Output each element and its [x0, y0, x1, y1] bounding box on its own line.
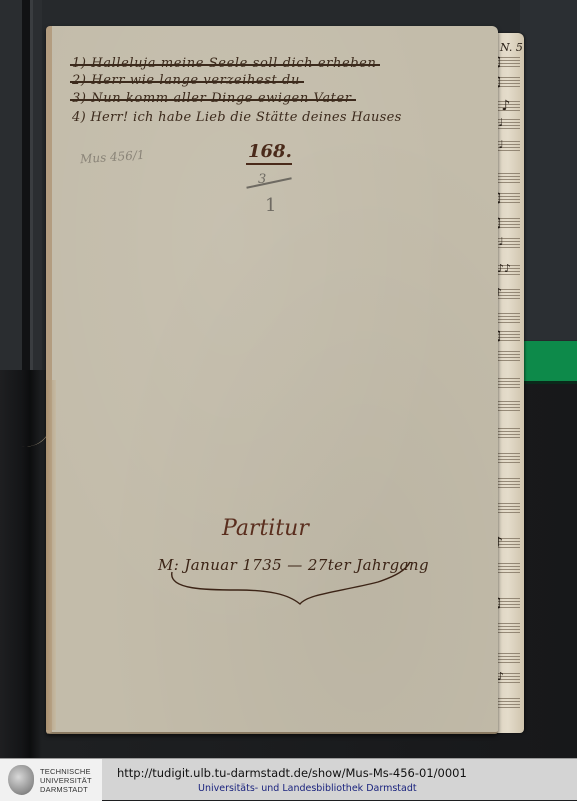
green-tab-shadow	[521, 381, 577, 384]
title-line-3: 3) Nun komm aller Dinge ewigen Vater	[72, 91, 352, 106]
logo-text: TECHNISCHE UNIVERSITÄT DARMSTADT	[40, 767, 92, 794]
title-line-2: 2) Herr wie lange verzeihest du	[72, 73, 300, 88]
title-line-1: 1) Halleluja meine Seele soll dich erheb…	[72, 56, 376, 71]
title-line-4: 4) Herr! ich habe Lieb die Stätte deines…	[72, 110, 402, 125]
green-bookmark-tab	[521, 341, 577, 381]
athena-head-icon	[8, 765, 34, 795]
score-title: Partitur	[222, 516, 309, 541]
document-viewer: N. 5 ♫ ♫ ♪ ♪ ♩♩♩ ♪ ♩ ♫ ♫ ♪ ♩ ♪♪♪ ♪♪ ♫ ♫ …	[0, 0, 577, 758]
flourish-ornament	[168, 560, 414, 610]
cover-edge	[46, 380, 56, 730]
viewer-background-top	[520, 0, 577, 340]
university-logo: TECHNISCHE UNIVERSITÄT DARMSTADT	[0, 759, 102, 800]
volume-mark: 1	[265, 195, 276, 216]
footer-bar: TECHNISCHE UNIVERSITÄT DARMSTADT http://…	[0, 758, 577, 800]
reference-underline	[246, 163, 292, 165]
manuscript-cover	[46, 26, 498, 734]
permalink-url[interactable]: http://tudigit.ulb.tu-darmstadt.de/show/…	[105, 766, 577, 780]
library-name: Universitäts- und Landesbibliothek Darms…	[105, 783, 577, 794]
reference-number: 168.	[248, 141, 292, 162]
strip-number-label: N. 5	[500, 41, 523, 54]
